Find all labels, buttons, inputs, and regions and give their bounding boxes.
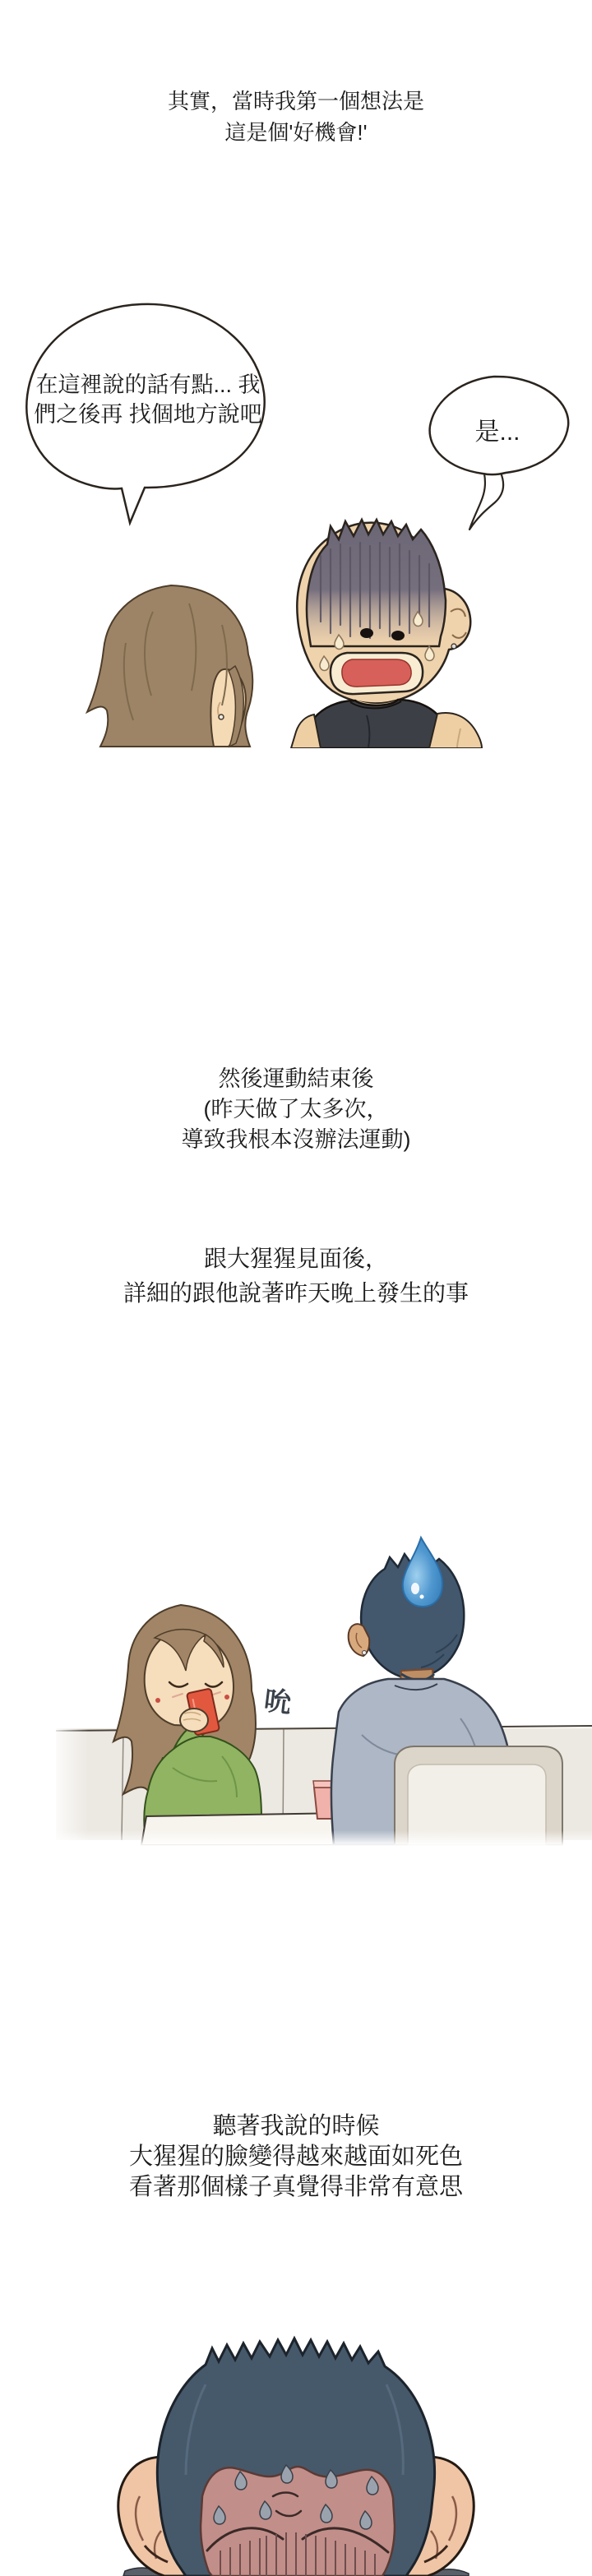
man-right-arm bbox=[429, 713, 482, 748]
panel-left-fade bbox=[49, 1718, 89, 1846]
narration-line: 這是個'好機會!' bbox=[0, 117, 592, 148]
sweat-drop-highlight bbox=[411, 1583, 419, 1594]
sfx-sip-text: 吮 bbox=[246, 1677, 309, 1723]
speech-bubble-2-text: 是... bbox=[444, 411, 551, 447]
narration-block-4: 聽著我說的時候 大猩猩的臉變得越來越面如死色 看著那個樣子真覺得非常有意思 bbox=[0, 2111, 592, 2203]
narration-line: 看著那個樣子真覺得非常有意思 bbox=[0, 2172, 592, 2203]
narration-line: 大猩猩的臉變得越來越面如死色 bbox=[0, 2142, 592, 2172]
man-shirt bbox=[306, 700, 449, 748]
narration-block-2: 然後運動結束後 (昨天做了太多次， 導致我根本沒辦法運動) bbox=[0, 1064, 592, 1155]
panel-gorilla-face-illustration bbox=[82, 2335, 510, 2576]
narration-line: 其實，當時我第一個想法是 bbox=[0, 86, 592, 117]
man-mouth-inner bbox=[342, 659, 411, 687]
narration-block-1: 其實，當時我第一個想法是 這是個'好機會!' bbox=[0, 86, 592, 148]
panel-cafe-illustration bbox=[49, 1529, 592, 1846]
man-eye-left bbox=[360, 628, 373, 638]
narration-line: 跟大猩猩見面後， bbox=[0, 1242, 592, 1276]
narration-block-3: 跟大猩猩見面後， 詳細的跟他說著昨天晚上發生的事 bbox=[0, 1242, 592, 1311]
woman-earring bbox=[219, 715, 224, 719]
man-eye-right bbox=[391, 631, 405, 641]
speech-line: 在這裡說的話有點... bbox=[35, 372, 232, 397]
narration-line: 聽著我說的時候 bbox=[0, 2111, 592, 2142]
woman-back-of-head bbox=[87, 585, 252, 747]
narration-line: 詳細的跟他說著昨天晚上發生的事 bbox=[0, 1276, 592, 1311]
speech-bubble-1-text: 在這裡說的話有點... 我們之後再 找個地方說吧 bbox=[33, 370, 263, 429]
cafe-woman-earring-left bbox=[155, 1698, 160, 1703]
narration-line: 導致我根本沒辦法運動) bbox=[0, 1125, 592, 1155]
narration-line: 然後運動結束後 bbox=[0, 1064, 592, 1094]
sweat-drop-large bbox=[403, 1538, 442, 1607]
webtoon-page: 其實，當時我第一個想法是 這是個'好機會!' 在這裡說的話有點... 我們之後再… bbox=[0, 0, 592, 2576]
cafe-man-earring bbox=[363, 1651, 367, 1655]
shocked-man bbox=[291, 520, 482, 748]
sweat-drop-highlight-dot bbox=[420, 1595, 424, 1599]
speech-line: 找個地方說吧 bbox=[129, 402, 262, 427]
panel-confrontation-illustration bbox=[74, 502, 518, 748]
panel-bottom-fade bbox=[49, 1830, 592, 1846]
man-earring bbox=[451, 644, 456, 649]
speech-line: 是... bbox=[474, 419, 520, 446]
narration-line: (昨天做了太多次， bbox=[0, 1094, 592, 1125]
cafe-woman-earring-right bbox=[224, 1695, 229, 1700]
man-spiky-hair bbox=[307, 520, 446, 646]
